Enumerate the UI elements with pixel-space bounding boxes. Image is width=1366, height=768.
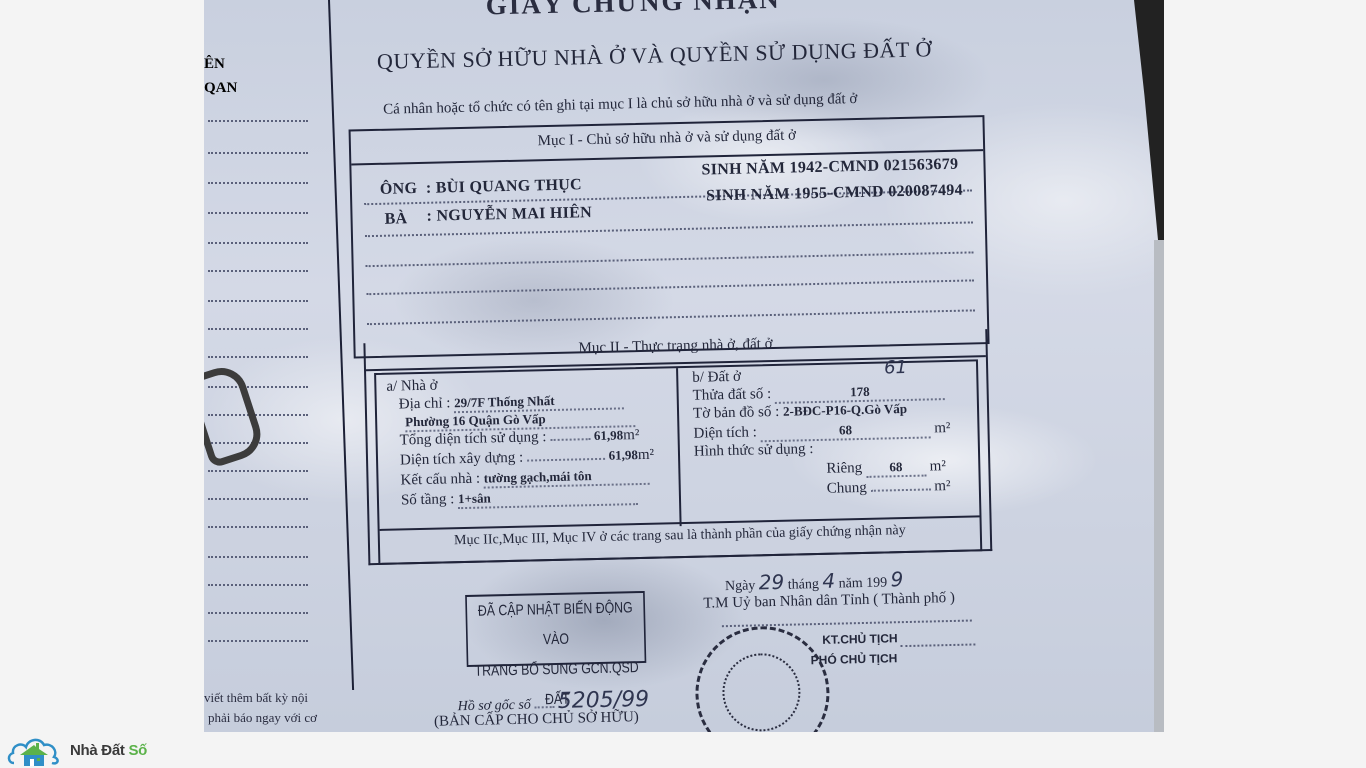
floors-field: Số tầng : 1+sân xyxy=(401,487,638,510)
signature-title-2: PHÓ CHỦ TỊCH xyxy=(811,651,898,667)
cloud-house-icon xyxy=(6,733,66,767)
private-usage-field: Riêng 68 m² xyxy=(826,458,946,479)
column-divider xyxy=(676,368,682,526)
usage-label: Hình thức sử dụng : xyxy=(694,441,814,461)
update-stamp: ĐÃ CẬP NHẬT BIẾN ĐỘNG VÀO TRANG BỔ SUNG … xyxy=(465,591,646,667)
document-intro: Cá nhân hoặc tổ chức có tên ghi tại mục … xyxy=(383,91,858,119)
certificate-photo: ÊN QAN viết thêm bất kỳ nội phải báo nga… xyxy=(204,0,1164,732)
land-area-field: Diện tích : 68 m² xyxy=(693,420,950,444)
owner-1-name: : BÙI QUANG THỤC xyxy=(426,176,582,198)
copy-note: (BẢN CẤP CHO CHỦ SỞ HỮU) xyxy=(434,709,639,731)
section-1-title: Mục I - Chủ sở hữu nhà ở và sử dụng đất … xyxy=(351,123,983,154)
certificate-document: GIẤY CHỨNG NHẬN QUYỀN SỞ HỮU NHÀ Ở VÀ QU… xyxy=(204,0,1164,732)
document-title: GIẤY CHỨNG NHẬN xyxy=(485,0,781,21)
handwritten-note: 61 xyxy=(884,357,907,379)
owner-2-info: SINH NĂM 1955-CMND 020087494 xyxy=(706,182,963,206)
owner-1-prefix: ÔNG xyxy=(380,180,418,199)
signature-title-1: KT.CHỦ TỊCH xyxy=(822,631,898,647)
site-logo[interactable]: Nhà Đất Số xyxy=(6,732,147,768)
house-heading: a/ Nhà ở xyxy=(386,378,438,396)
owner-2-prefix: BÀ xyxy=(384,210,407,229)
map-field: Tờ bản đồ số : 2-BĐC-P16-Q.Gò Vấp xyxy=(693,401,907,423)
section-2-table: a/ Nhà ở Địa chỉ : 29/7F Thống Nhất Phườ… xyxy=(374,359,982,565)
build-area-field: Diện tích xây dựng : 61,98m² xyxy=(400,447,654,470)
official-seal xyxy=(694,625,831,732)
owner-2-name: : NGUYỄN MAI HIÊN xyxy=(426,204,592,226)
owner-1-info: SINH NĂM 1942-CMND 021563679 xyxy=(701,156,958,180)
land-heading: b/ Đất ở xyxy=(692,369,741,387)
section-1-box: Mục I - Chủ sở hữu nhà ở và sử dụng đất … xyxy=(349,115,990,358)
shared-usage-field: Chung m² xyxy=(827,478,951,498)
document-subtitle: QUYỀN SỞ HỮU NHÀ Ở VÀ QUYỀN SỬ DỤNG ĐẤT … xyxy=(377,36,932,75)
logo-text: Nhà Đất Số xyxy=(70,742,147,759)
